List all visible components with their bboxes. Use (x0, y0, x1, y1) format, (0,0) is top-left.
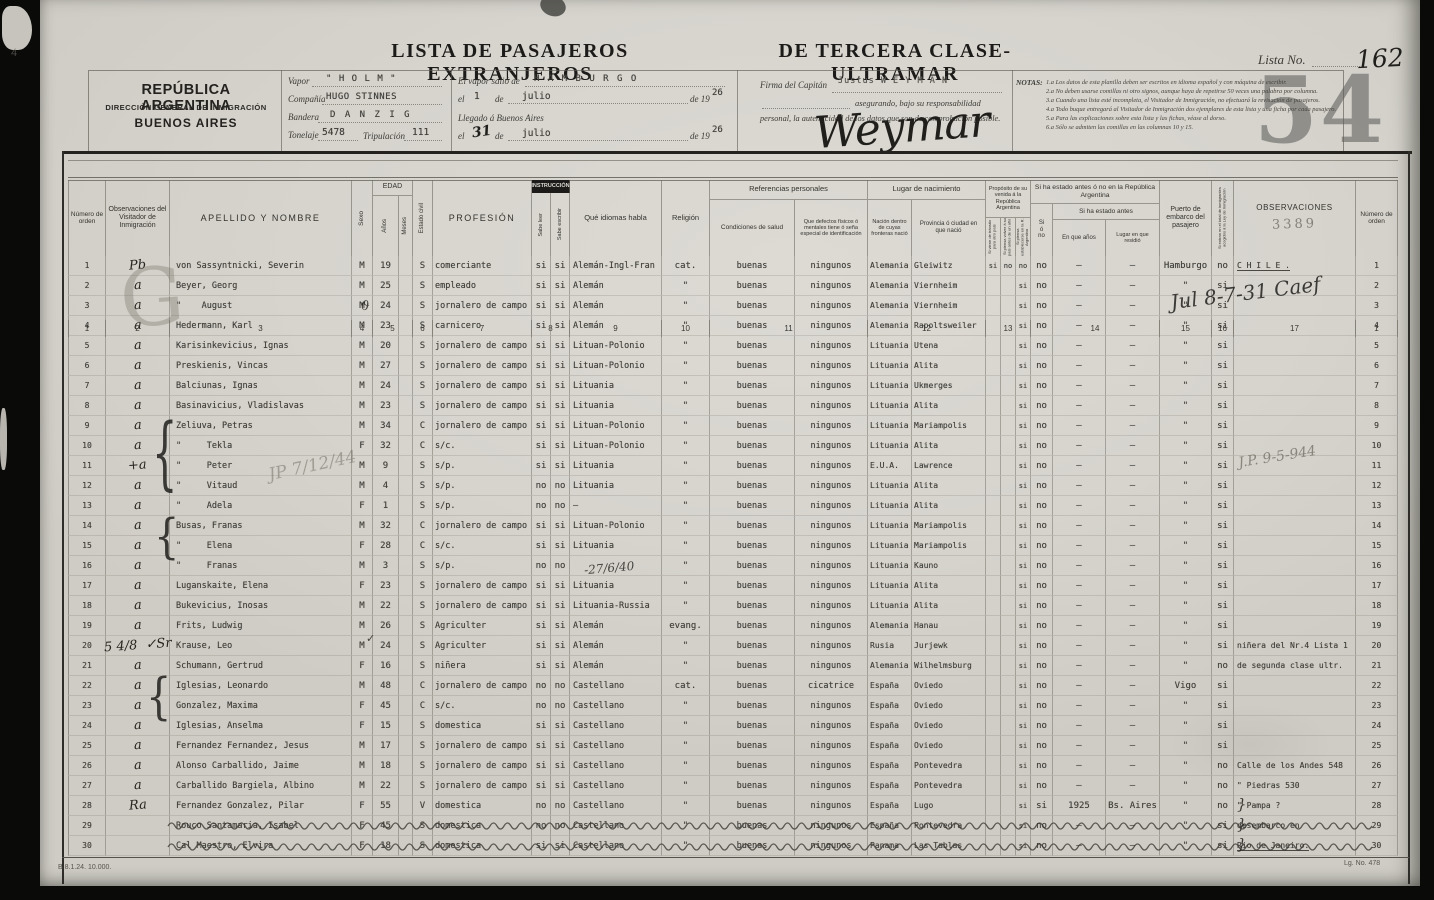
table-row: 22aIglesias, LeonardoM48Cjornalero de ca… (68, 676, 1398, 696)
cell-pto: " (1160, 596, 1212, 616)
cell-p2 (1001, 376, 1016, 396)
cell-ms (399, 656, 413, 676)
cell-rel: " (662, 836, 710, 856)
cell-name: " Peter (170, 456, 352, 476)
cell-pto: " (1160, 576, 1212, 596)
cell-sx: M (352, 456, 373, 476)
cell-ms (399, 756, 413, 776)
cell-prov: Pontevedra (912, 776, 986, 796)
cell-name: Krause, Leo (170, 636, 352, 656)
table-frame-right (1408, 151, 1410, 884)
cell-p2 (1001, 716, 1016, 736)
margin-mark: 4 (11, 48, 17, 59)
cell-pto: " (1160, 636, 1212, 656)
cell-an: 9 (373, 456, 399, 476)
cell-p3: si (1016, 356, 1031, 376)
cell-an: 28 (373, 536, 399, 556)
cell-sn: no (1031, 376, 1053, 396)
cell-nac: Lituania (868, 416, 912, 436)
cell-aa: – (1053, 336, 1106, 356)
cell-lu: – (1106, 376, 1160, 396)
cell-nac: Lituania (868, 436, 912, 456)
cell-name: " Adela (170, 496, 352, 516)
cell-lu: Bs. Aires (1106, 796, 1160, 816)
vapor-value: " H O L M " (326, 74, 397, 84)
cell-ms (399, 816, 413, 836)
cell-an: 1 (373, 496, 399, 516)
table-row: 205 4/8 ✓SrKrause, LeoM24SAgricultersisi… (68, 636, 1398, 656)
cell-prof: empleado (433, 276, 532, 296)
cell-ec: S (413, 576, 433, 596)
salio-line (525, 86, 725, 87)
cell-idi: Lituan-Polonio (570, 416, 662, 436)
cell-ob (1234, 716, 1356, 736)
cell-lim: no (1212, 656, 1234, 676)
cell-obs: a (106, 736, 170, 756)
cell-aa: – (1053, 356, 1106, 376)
cell-idi: Alemán (570, 296, 662, 316)
cell-sn: si (1031, 796, 1053, 816)
cell-name: Karisinkevicius, Ignas (170, 336, 352, 356)
cell-sx: M (352, 756, 373, 776)
cell-esc: si (551, 336, 570, 356)
cell-nac: Alemania (868, 316, 912, 336)
cell-p2 (1001, 356, 1016, 376)
cell-nac: Alemania (868, 276, 912, 296)
cell-def: ningunos (795, 816, 868, 836)
cell-no2: 22 (1356, 676, 1398, 696)
cell-lu: – (1106, 536, 1160, 556)
cell-prov: Oviedo (912, 716, 986, 736)
cell-esc: no (551, 696, 570, 716)
cell-an: 19 (373, 256, 399, 276)
cell-p2 (1001, 616, 1016, 636)
cell-sn: no (1031, 596, 1053, 616)
cell-name: " Elena (170, 536, 352, 556)
cell-lim: si (1212, 536, 1234, 556)
cell-ms (399, 396, 413, 416)
cell-prov: Ukmerges (912, 376, 986, 396)
cell-ms (399, 616, 413, 636)
header-nacion: Nación dentro de cuyas fronteras nació (868, 200, 912, 256)
cell-ec: S (413, 376, 433, 396)
cell-lu: – (1106, 316, 1160, 336)
cell-ob (1234, 696, 1356, 716)
cell-ec: C (413, 516, 433, 536)
cell-p2 (1001, 656, 1016, 676)
cell-ec: S (413, 396, 433, 416)
table-row: 30Cal Maestro, ElviraF18SdomesticasisiCa… (68, 836, 1398, 856)
cell-esc: si (551, 376, 570, 396)
cell-an: 17 (373, 736, 399, 756)
cell-pto: " (1160, 376, 1212, 396)
cell-lim: no (1212, 776, 1234, 796)
cell-obs: a (106, 696, 170, 716)
cell-p2 (1001, 316, 1016, 336)
cell-name: Fernandez Gonzalez, Pilar (170, 796, 352, 816)
cell-sn: no (1031, 776, 1053, 796)
salio-label: El vapor salió de (458, 76, 520, 86)
cell-prov: Jurjewk (912, 636, 986, 656)
cell-nac: Lituania (868, 576, 912, 596)
cell-rel: " (662, 716, 710, 736)
cell-def: ningunos (795, 656, 868, 676)
cell-prof: jornalero de campo (433, 296, 532, 316)
table-row: 7aBalciunas, IgnasM24Sjornalero de campo… (68, 376, 1398, 396)
cell-sn: no (1031, 616, 1053, 636)
cell-p1 (986, 356, 1001, 376)
cell-lu: – (1106, 336, 1160, 356)
tonelaje-label: Tonelaje (288, 130, 319, 140)
cell-no: 26 (68, 756, 106, 776)
table-row: 15a" ElenaF28Cs/c.sisiLituania"buenasnin… (68, 536, 1398, 556)
cell-lim: si (1212, 316, 1234, 336)
cell-sn: no (1031, 316, 1053, 336)
cell-ms (399, 256, 413, 276)
cell-no2: 19 (1356, 616, 1398, 636)
cell-name: Balciunas, Ignas (170, 376, 352, 396)
cell-p1 (986, 396, 1001, 416)
cell-no: 14 (68, 516, 106, 536)
cell-an: 24 (373, 296, 399, 316)
cell-aa: – (1053, 436, 1106, 456)
cell-obs: a (106, 656, 170, 676)
nota-item: 5.a Para las explicaciones sobre esta li… (1046, 114, 1346, 123)
cell-sn: no (1031, 456, 1053, 476)
cell-lee: si (532, 416, 551, 436)
cell-prov: Rapoltsweiler (912, 316, 986, 336)
cell-no2: 13 (1356, 496, 1398, 516)
cell-obs: a (106, 316, 170, 336)
cell-obs: a (106, 356, 170, 376)
cell-p1 (986, 836, 1001, 856)
cell-idi: Lituania (570, 476, 662, 496)
cell-ec: S (413, 816, 433, 836)
scanned-passenger-list-page: 4 LISTA DE PASAJEROS EXTRANJEROS DE TERC… (0, 0, 1434, 900)
cell-p2 (1001, 276, 1016, 296)
cell-no: 9 (68, 416, 106, 436)
cell-rel: " (662, 756, 710, 776)
cell-p2 (1001, 836, 1016, 856)
cell-prof: jornalero de campo (433, 336, 532, 356)
cell-lu: – (1106, 436, 1160, 456)
cell-lu: – (1106, 616, 1160, 636)
cell-prof: jornalero de campo (433, 676, 532, 696)
cell-an: 23 (373, 396, 399, 416)
cell-obs: a (106, 756, 170, 776)
cell-esc: si (551, 316, 570, 336)
cell-ms (399, 536, 413, 556)
cell-lim: si (1212, 616, 1234, 636)
cell-pto: " (1160, 276, 1212, 296)
cell-aa: – (1053, 496, 1106, 516)
cell-ms (399, 296, 413, 316)
cell-ec: S (413, 616, 433, 636)
cell-sn: no (1031, 476, 1053, 496)
paper-corner-sliver (2, 6, 32, 50)
cell-obs: a (106, 416, 170, 436)
cell-pto: " (1160, 476, 1212, 496)
cell-sal: buenas (710, 516, 795, 536)
cell-no2: 9 (1356, 416, 1398, 436)
table-row: 19aFrits, LudwigM26SAgricultersisiAlemán… (68, 616, 1398, 636)
cell-sx: M (352, 276, 373, 296)
cell-p3: si (1016, 336, 1031, 356)
cell-sal: buenas (710, 636, 795, 656)
cell-def: ningunos (795, 296, 868, 316)
cell-obs: a (106, 516, 170, 536)
cell-ms (399, 696, 413, 716)
cell-esc: si (551, 716, 570, 736)
cell-pto: " (1160, 396, 1212, 416)
cell-ms (399, 676, 413, 696)
cell-sx: M (352, 396, 373, 416)
table-row: 3a" AugustM24Sjornalero de camposisiAlem… (68, 296, 1398, 316)
paper-edge-sliver (0, 408, 7, 470)
header-condiciones-salud: Condiciones de salud (710, 200, 795, 256)
observaciones-stamp: 3389 (1272, 217, 1318, 234)
salio-el: el (458, 94, 465, 104)
cell-p2 (1001, 416, 1016, 436)
cell-rel: " (662, 436, 710, 456)
cell-prov: Pontevedra (912, 816, 986, 836)
cell-no: 3 (68, 296, 106, 316)
cell-sal: buenas (710, 276, 795, 296)
llegado-month: julio (522, 128, 551, 139)
cell-lim: si (1212, 596, 1234, 616)
notas-label: NOTAS: (1016, 78, 1043, 87)
cell-rel: " (662, 296, 710, 316)
cell-p3: si (1016, 736, 1031, 756)
cell-ms (399, 796, 413, 816)
cell-no: 5 (68, 336, 106, 356)
cell-prof: jornalero de campo (433, 416, 532, 436)
cell-rel: " (662, 376, 710, 396)
cell-no: 22 (68, 676, 106, 696)
cell-ob (1234, 616, 1356, 636)
cell-an: 26 (373, 616, 399, 636)
cell-p1 (986, 456, 1001, 476)
cell-sn: no (1031, 636, 1053, 656)
cell-no: 15 (68, 536, 106, 556)
cell-ob (1234, 676, 1356, 696)
cell-no: 6 (68, 356, 106, 376)
cell-no: 2 (68, 276, 106, 296)
cell-no2: 6 (1356, 356, 1398, 376)
cell-sx: M (352, 296, 373, 316)
cell-sn: no (1031, 736, 1053, 756)
cell-obs: a (106, 496, 170, 516)
cell-lu: – (1106, 836, 1160, 856)
table-row: 21aSchumann, GertrudF16SniñerasisiAlemán… (68, 656, 1398, 676)
cell-esc: si (551, 456, 570, 476)
cell-aa: – (1053, 296, 1106, 316)
cell-no2: 26 (1356, 756, 1398, 776)
cell-an: 22 (373, 596, 399, 616)
table-row: 9aZeliuva, PetrasM34Cjornalero de campos… (68, 416, 1398, 436)
cell-an: 23 (373, 576, 399, 596)
cell-prof: jornalero de campo (433, 516, 532, 536)
cell-sn: no (1031, 356, 1053, 376)
cell-pto: " (1160, 496, 1212, 516)
cell-lee: si (532, 516, 551, 536)
cell-lu: – (1106, 736, 1160, 756)
cell-aa: 1925 (1053, 796, 1106, 816)
cell-sx: F (352, 496, 373, 516)
cell-nac: Alemania (868, 656, 912, 676)
cell-sx: F (352, 796, 373, 816)
cell-p3: si (1016, 396, 1031, 416)
cell-sn: no (1031, 716, 1053, 736)
cell-lim: si (1212, 456, 1234, 476)
cell-prov: Oviedo (912, 736, 986, 756)
cell-esc: si (551, 576, 570, 596)
cell-esc: si (551, 756, 570, 776)
cell-aa: – (1053, 836, 1106, 856)
cell-def: ningunos (795, 736, 868, 756)
cell-esc: si (551, 736, 570, 756)
cell-sal: buenas (710, 616, 795, 636)
cell-sx: M (352, 416, 373, 436)
table-row: 23aGonzalez, MaximaF45Cs/c.nonoCastellan… (68, 696, 1398, 716)
cell-ec: S (413, 776, 433, 796)
cell-rel: " (662, 736, 710, 756)
cell-ec: S (413, 836, 433, 856)
cell-sx: M (352, 376, 373, 396)
cell-nac: España (868, 676, 912, 696)
cell-aa: – (1053, 656, 1106, 676)
cell-ms (399, 596, 413, 616)
cell-lu: – (1106, 596, 1160, 616)
cell-no: 28 (68, 796, 106, 816)
cell-lee: si (532, 316, 551, 336)
cell-rel: cat. (662, 676, 710, 696)
cell-pto: " (1160, 776, 1212, 796)
cell-lu: – (1106, 356, 1160, 376)
cell-sx: M (352, 256, 373, 276)
cell-p2 (1001, 776, 1016, 796)
cell-lee: si (532, 636, 551, 656)
cell-aa: – (1053, 736, 1106, 756)
cell-esc: si (551, 276, 570, 296)
cell-name: Schumann, Gertrud (170, 656, 352, 676)
cell-p2: no (1001, 256, 1016, 276)
cell-sx: M (352, 676, 373, 696)
cell-aa: – (1053, 516, 1106, 536)
cell-idi: – (570, 496, 662, 516)
cell-ob: Calle de los Andes 548 (1234, 756, 1356, 776)
cell-lee: no (532, 556, 551, 576)
salio-year: 26 (712, 88, 723, 98)
cell-p2 (1001, 396, 1016, 416)
cell-p1 (986, 576, 1001, 596)
tonelaje-line (318, 140, 358, 141)
bandera-label: Bandera (288, 112, 319, 122)
cell-p1 (986, 516, 1001, 536)
cell-ec: S (413, 596, 433, 616)
cell-an: 45 (373, 816, 399, 836)
cell-sn: no (1031, 296, 1053, 316)
cell-prof: domestica (433, 716, 532, 736)
cell-ob (1234, 536, 1356, 556)
cell-aa: – (1053, 676, 1106, 696)
nota-item: 4.a Todo buque entregará al Visitador de… (1046, 105, 1346, 114)
cell-p1 (986, 376, 1001, 396)
cell-def: ningunos (795, 696, 868, 716)
cell-an: 45 (373, 696, 399, 716)
cell-no: 13 (68, 496, 106, 516)
cell-idi: Alemán (570, 616, 662, 636)
cell-ms (399, 356, 413, 376)
header-estado-civil: Estado civil (413, 180, 433, 256)
cell-p1 (986, 616, 1001, 636)
cell-ob: " Pampa ? (1234, 796, 1356, 816)
cell-prof: s/c. (433, 696, 532, 716)
cell-sn: no (1031, 816, 1053, 836)
cell-pto: " (1160, 816, 1212, 836)
cell-def: ningunos (795, 536, 868, 556)
cell-ob (1234, 276, 1356, 296)
cell-idi: Alemán-Ingl-Fran (570, 256, 662, 276)
cell-sal: buenas (710, 556, 795, 576)
cell-lim: si (1212, 716, 1234, 736)
cell-sal: buenas (710, 676, 795, 696)
cell-no: 16 (68, 556, 106, 576)
cell-lim: no (1212, 256, 1234, 276)
cell-rel: " (662, 696, 710, 716)
table-row: 4aHedermann, KarlM23ScarnicerosisiAlemán… (68, 316, 1398, 336)
cell-ob (1234, 476, 1356, 496)
cell-lee: no (532, 496, 551, 516)
cell-sal: buenas (710, 696, 795, 716)
passenger-table-body: 1Pbvon Sassyntnicki, SeverinM19Scomercia… (68, 256, 1398, 856)
cell-p3: si (1016, 476, 1031, 496)
cell-rel: " (662, 496, 710, 516)
cell-no2: 14 (1356, 516, 1398, 536)
cell-rel: " (662, 476, 710, 496)
cell-prov: Alita (912, 476, 986, 496)
cell-rel: " (662, 316, 710, 336)
cell-ob: Rio de Janeiro. (1234, 836, 1356, 856)
cell-obs: a (106, 396, 170, 416)
cell-nac: España (868, 756, 912, 776)
cell-ec: S (413, 356, 433, 376)
cell-prov: Alita (912, 576, 986, 596)
cell-lu: – (1106, 296, 1160, 316)
cell-p1 (986, 416, 1001, 436)
header-proposito-volver: Si piensa volver á su país antes de un a… (1001, 218, 1016, 256)
cell-p1 (986, 556, 1001, 576)
cell-pto: " (1160, 356, 1212, 376)
cell-nac: Alemania (868, 616, 912, 636)
cell-prov: Hanau (912, 616, 986, 636)
cell-lu: – (1106, 696, 1160, 716)
header-provincia: Provincia ó ciudad en que nació (912, 200, 986, 256)
cell-prov: Viernheim (912, 296, 986, 316)
cell-p1 (986, 296, 1001, 316)
cell-lu: – (1106, 256, 1160, 276)
table-row: 2aBeyer, GeorgM25SempleadosisiAlemán"bue… (68, 276, 1398, 296)
cell-lim: si (1212, 816, 1234, 836)
table-row: 27aCarballido Bargiela, AlbinoM22Sjornal… (68, 776, 1398, 796)
cell-sx: F (352, 716, 373, 736)
cell-nac: Alemania (868, 296, 912, 316)
cell-ms (399, 736, 413, 756)
cell-sal: buenas (710, 796, 795, 816)
cell-p1 (986, 436, 1001, 456)
table-row: 17aLuganskaite, ElenaF23Sjornalero de ca… (68, 576, 1398, 596)
cell-esc: no (551, 476, 570, 496)
